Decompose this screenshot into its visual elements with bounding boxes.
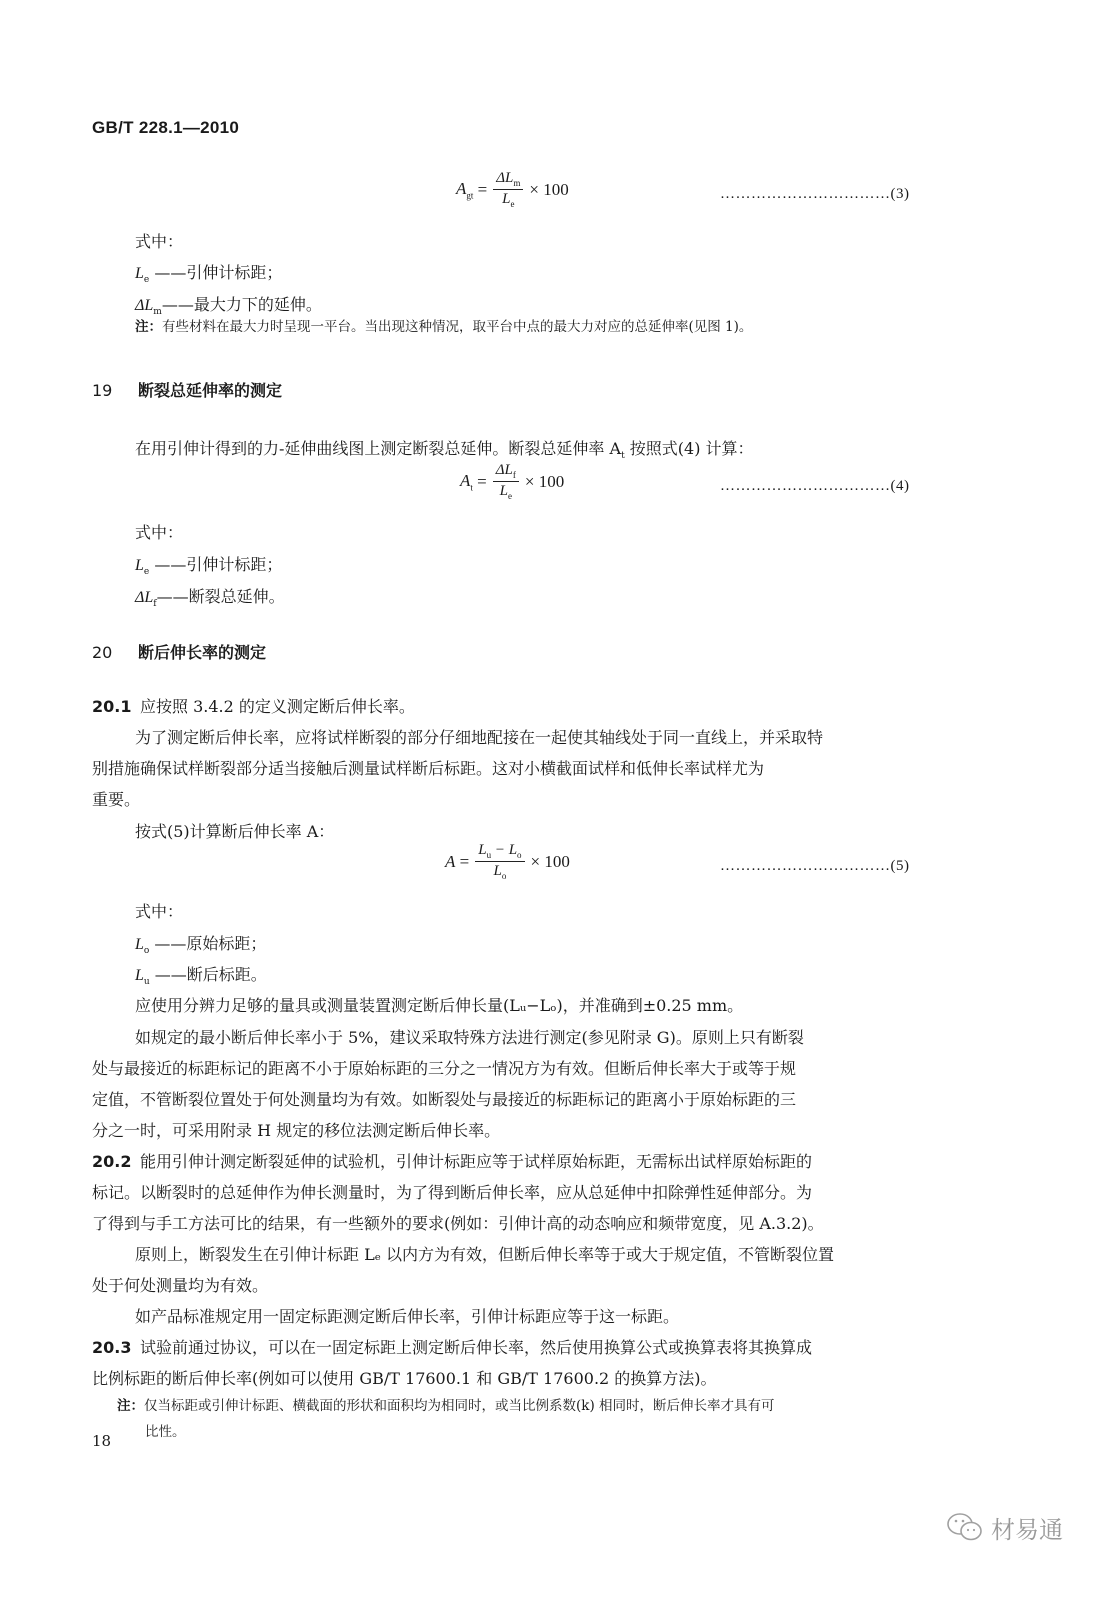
paragraph-line: 处于何处测量均为有效。 (92, 1269, 268, 1302)
standard-code-header: GB/T 228.1—2010 (92, 118, 239, 138)
formula-3: Agt = ΔLm Le × 100 (456, 170, 569, 209)
paragraph-line: 定值，不管断裂位置处于何处测量均为有效。如断裂处与最接近的标距标记的距离小于原始… (92, 1083, 796, 1116)
note: 注：有些材料在最大力时呈现一平台。当出现这种情况，取平台中点的最大力对应的总延伸… (135, 312, 752, 342)
paragraph-line: 原则上，断裂发生在引伸计标距 Lₑ 以内方为有效，但断后伸长率等于或大于规定值，… (135, 1238, 834, 1271)
paragraph-line: 应使用分辨力足够的量具或测量装置测定断后伸长量(Lᵤ−Lₒ)，并准确到±0.25… (135, 989, 743, 1022)
paragraph-line: 按式(5)计算断后伸长率 A： (135, 815, 334, 848)
section-heading-20: 20断后伸长率的测定 (92, 640, 266, 663)
paragraph-line: 了得到与手工方法可比的结果，有一些额外的要求(例如：引伸计高的动态响应和频带宽度… (92, 1207, 824, 1240)
watermark: 材易通 (945, 1510, 1063, 1545)
where-label: 式中： (135, 516, 183, 549)
clause-20-2: 20.2能用引伸计测定断裂延伸的试验机，引伸计标距应等于试样原始标距，无需标出试… (92, 1145, 812, 1178)
section-heading-19: 19断裂总延伸率的测定 (92, 378, 282, 401)
paragraph-line: 重要。 (92, 783, 140, 816)
clause-20-3: 20.3试验前通过协议，可以在一固定标距上测定断后伸长率，然后使用换算公式或换算… (92, 1331, 812, 1364)
formula-5: A = Lu − Lo Lo × 100 (445, 842, 570, 881)
equation-number-3: ……………………………(3) (720, 186, 910, 203)
note: 注：仅当标距或引伸计标距、横截面的形状和面积均为相同时，或当比例系数(k) 相同… (117, 1391, 775, 1421)
paragraph-line: 标记。以断裂时的总延伸作为伸长测量时，为了得到断后伸长率，应从总延伸中扣除弹性延… (92, 1176, 812, 1209)
paragraph: 在用引伸计得到的力-延伸曲线图上测定断裂总延伸。断裂总延伸率 At 按照式(4)… (135, 432, 754, 473)
where-label: 式中： (135, 225, 183, 258)
wechat-icon (945, 1511, 985, 1545)
where-label: 式中： (135, 895, 183, 928)
paragraph-line: 别措施确保试样断裂部分适当接触后测量试样断后标距。这对小横截面试样和低伸长率试样… (92, 752, 764, 785)
variable-definition: ΔLf——断裂总延伸。 (135, 580, 285, 621)
formula-4: At = ΔLf Le × 100 (460, 462, 564, 501)
paragraph-line: 处与最接近的标距标记的距离不小于原始标距的三分之一情况方为有效。但断后伸长率大于… (92, 1052, 796, 1085)
paragraph-line: 分之一时，可采用附录 H 规定的移位法测定断后伸长率。 (92, 1114, 500, 1147)
paragraph-line: 如规定的最小断后伸长率小于 5%，建议采取特殊方法进行测定(参见附录 G)。原则… (135, 1021, 804, 1054)
watermark-text: 材易通 (991, 1510, 1063, 1545)
note-continuation: 比性。 (145, 1417, 186, 1447)
page-number: 18 (92, 1432, 111, 1450)
clause-20-1: 20.1应按照 3.4.2 的定义测定断后伸长率。 (92, 690, 415, 723)
paragraph-line: 为了测定断后伸长率，应将试样断裂的部分仔细地配接在一起使其轴线处于同一直线上，并… (135, 721, 823, 754)
equation-number-4: ……………………………(4) (720, 478, 910, 495)
paragraph-line: 如产品标准规定用一固定标距测定断后伸长率，引伸计标距应等于这一标距。 (135, 1300, 679, 1333)
equation-number-5: ……………………………(5) (720, 858, 910, 875)
